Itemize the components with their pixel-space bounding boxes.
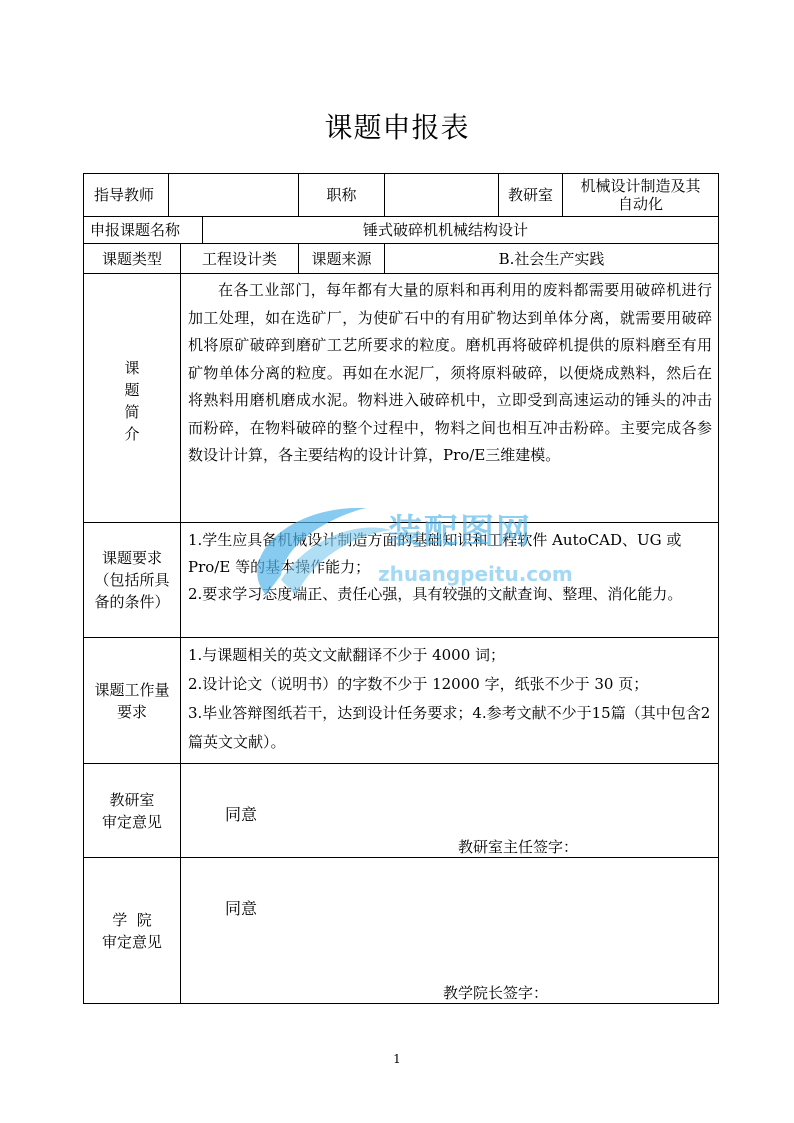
workload-content: 1.与课题相关的英文文献翻译不少于 4000 词； 2.设计论文（说明书）的字数… [180,637,719,764]
intro-content: 在各工业部门，每年都有大量的原料和再利用的废料都需要用破碎机进行加工处理，如在选… [180,273,719,523]
requirements-label: 课题要求 （包括所具 备的条件） [83,522,181,638]
advisor-label: 指导教师 [83,173,169,217]
requirement-item: 2.要求学习态度端正、责任心强，具有较强的文献查询、整理、消化能力。 [188,581,712,608]
intro-label-char: 课 [124,357,139,379]
workload-item: 1.与课题相关的英文文献翻译不少于 4000 词； [188,641,712,670]
requirements-label-line: 课题要求 [102,547,162,569]
job-title-label: 职称 [298,173,385,217]
dept-review-label: 教研室 审定意见 [83,763,181,858]
requirements-label-line: （包括所具 [94,569,169,591]
requirements-content: 1.学生应具备机械设计制造方面的基础知识和工程软件 AutoCAD、UG 或 P… [180,522,719,638]
intro-label-char: 题 [124,379,139,401]
intro-text: 在各工业部门，每年都有大量的原料和再利用的废料都需要用破碎机进行加工处理，如在选… [188,277,712,470]
workload-item: 2.设计论文（说明书）的字数不少于 12000 字，纸张不少于 30 页； [188,670,712,699]
intro-label-char: 简 [124,401,139,423]
requirements-label-line: 备的条件） [94,591,169,613]
intro-label-char: 介 [124,423,139,445]
workload-item: 3.毕业答辩图纸若干，达到设计任务要求；4.参考文献不少于15篇（其中包含2篇英… [188,699,712,757]
topic-source-label: 课题来源 [298,243,385,274]
topic-type-label: 课题类型 [83,243,181,274]
page-title: 课题申报表 [0,106,794,146]
dept-review-signature-label: 教研室主任签字： [458,838,578,856]
topic-source-value: B.社会生产实践 [384,243,719,274]
college-review-content: 同意 教学院长签字： [180,857,719,1004]
college-review-label: 学 院 审定意见 [83,857,181,1004]
college-review-label-line: 学 院 [112,909,152,931]
department-value: 机械设计制造及其自动化 [562,173,719,217]
dept-review-label-line: 教研室 [109,789,154,811]
college-review-signature-label: 教学院长签字： [443,984,548,1002]
workload-label-line: 要求 [117,701,147,723]
dept-review-opinion: 同意 [225,806,257,824]
topic-type-value: 工程设计类 [180,243,299,274]
advisor-value [168,173,299,217]
workload-label: 课题工作量 要求 [83,637,181,764]
workload-label-line: 课题工作量 [94,679,169,701]
page-number: 1 [0,1052,794,1066]
college-review-opinion: 同意 [225,900,257,918]
department-label: 教研室 [498,173,563,217]
requirement-item: 1.学生应具备机械设计制造方面的基础知识和工程软件 AutoCAD、UG 或 P… [188,527,712,581]
dept-review-label-line: 审定意见 [102,811,162,833]
topic-name-value: 锤式破碎机机械结构设计 [202,216,719,244]
college-review-label-line: 审定意见 [102,931,162,953]
job-title-value [384,173,499,217]
dept-review-content: 同意 教研室主任签字： [180,763,719,858]
topic-name-label: 申报课题名称 [83,216,203,244]
intro-label: 课 题 简 介 [83,273,181,523]
